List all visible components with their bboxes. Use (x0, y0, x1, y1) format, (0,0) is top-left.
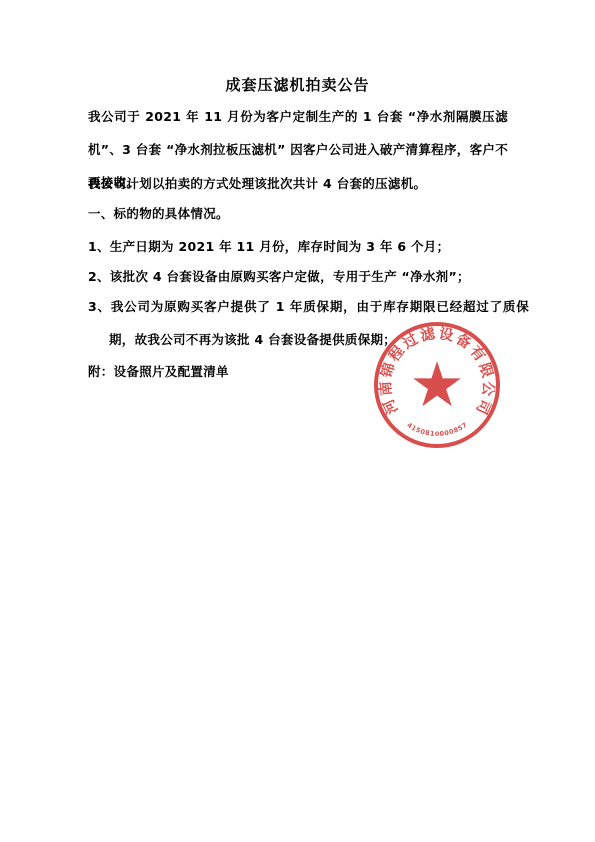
document-title: 成套压滤机拍卖公告 (0, 74, 595, 95)
company-seal: ★ 河南锦程过滤设备有限公司 4150810000857 (357, 305, 517, 465)
seal-char: 滤 (419, 322, 437, 345)
seal-char: 南 (374, 381, 396, 397)
paragraph-auction-plan: 我公司计划以拍卖的方式处理该批次共计 4 台套的压滤机。 (88, 167, 508, 200)
seal-char: 设 (437, 322, 455, 345)
section-heading: 一、标的物的具体情况。 (88, 197, 508, 230)
list-item-2: 2、该批次 4 台套设备由原购买客户定做，专用于生产 “净水剂”； (88, 260, 529, 293)
list-item-1: 1、生产日期为 2021 年 11 月份，库存时间为 3 年 6 个月； (88, 230, 529, 263)
document-page: 成套压滤机拍卖公告 我公司于 2021 年 11 月份为客户定制生产的 1 台套… (0, 0, 595, 842)
seal-char: 公 (478, 381, 500, 397)
